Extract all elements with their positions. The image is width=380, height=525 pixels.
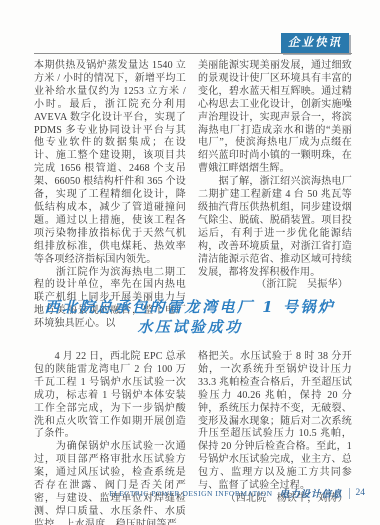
article1-byline: （浙江院 吴振华） <box>198 279 352 292</box>
paragraph: 美丽能源实现美丽发展，通过细致的景观设计使厂区环境具有丰富的变化，碧水蓝天相互辉… <box>198 60 352 176</box>
paragraph: 为确保锅炉水压试验一次通过，项目部严格审批水压试验方案，通过风压试验，检查系统是… <box>34 441 186 525</box>
journal-name-english: ELECTRIC POWER DESIGN INFORMATION <box>109 489 272 498</box>
journal-name-chinese: 电力设计信息 <box>279 486 342 500</box>
header-divider <box>34 53 352 54</box>
article-binhai-thermal-plant: 本期供热及锅炉蒸发量达 1540 立方米 / 小时的情况下，新增平均工业补给水量… <box>34 60 352 331</box>
article2-title-line2: 水压试验成功 <box>0 317 380 337</box>
page-footer: ELECTRIC POWER DESIGN INFORMATION 电力设计信息… <box>109 486 365 500</box>
paragraph: 本期供热及锅炉蒸发量达 1540 立方米 / 小时的情况下，新增平均工业补给水量… <box>34 60 186 267</box>
footer-separator <box>349 488 350 499</box>
page-number: 24 <box>356 488 366 498</box>
paragraph: 据了解，浙江绍兴滨海热电厂二期扩建工程新建 4 台 50 兆瓦等级抽汽背压供热机… <box>198 176 352 279</box>
section-badge: 企业快讯 <box>281 33 349 53</box>
article1-right-column: 美丽能源实现美丽发展，通过细致的景观设计使厂区环境具有丰富的变化，碧水蓝天相互辉… <box>198 60 352 331</box>
article2-title: 西北院总承包的雷龙湾电厂 1 号锅炉 水压试验成功 <box>0 297 380 337</box>
paragraph: 格把关。水压试验于 8 时 38 分开始，一次系统升至锅炉设计压力 33.3 兆… <box>198 351 352 493</box>
article2-title-line1: 西北院总承包的雷龙湾电厂 1 号锅炉 <box>0 297 380 317</box>
paragraph: 4 月 22 日，西北院 EPC 总承包的陕能雷龙湾电厂 2 台 100 万千瓦… <box>34 351 186 441</box>
article1-left-column: 本期供热及锅炉蒸发量达 1540 立方米 / 小时的情况下，新增平均工业补给水量… <box>34 60 186 331</box>
